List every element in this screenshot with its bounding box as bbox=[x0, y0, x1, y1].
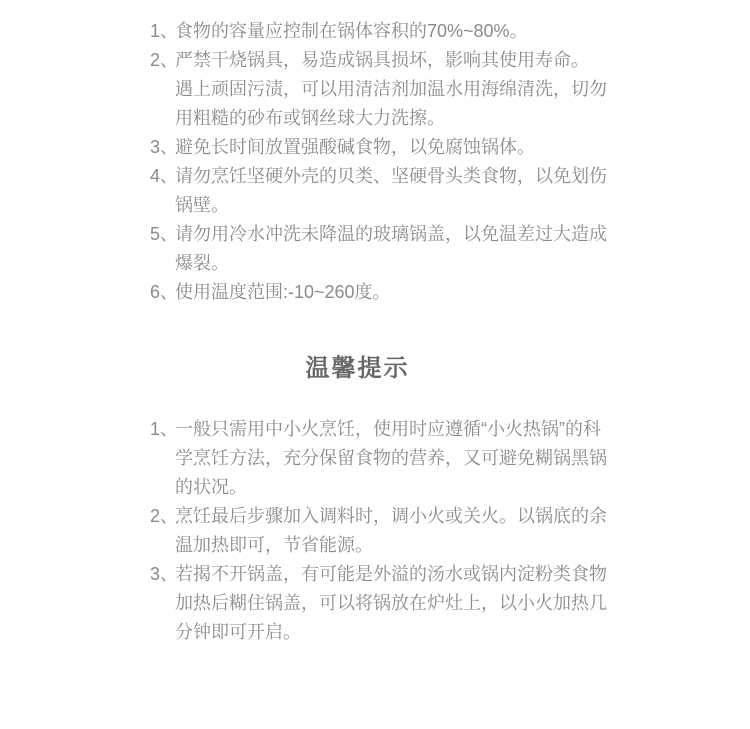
item-text: 使用温度范围:-10~260度。 bbox=[175, 278, 391, 307]
list-item: 1、 一般只需用中小火烹饪，使用时应遵循“小火热锅”的科 学烹饪方法，充分保留食… bbox=[150, 415, 750, 502]
item-text: 严禁干烧锅具，易造成锅具损坏，影响其使用寿命。 遇上顽固污渍，可以用清洁剂加温水… bbox=[175, 46, 607, 133]
list-item: 6、 使用温度范围:-10~260度。 bbox=[150, 278, 750, 307]
list-item: 4、 请勿烹饪坚硬外壳的贝类、坚硬骨头类食物，以免划伤 锅壁。 bbox=[150, 162, 750, 220]
product-instructions-page: 1、 食物的容量应控制在锅体容积的70%~80%。 2、 严禁干烧锅具，易造成锅… bbox=[0, 0, 750, 729]
care-instructions-list: 1、 食物的容量应控制在锅体容积的70%~80%。 2、 严禁干烧锅具，易造成锅… bbox=[150, 17, 750, 307]
item-text: 请勿用冷水冲洗未降温的玻璃锅盖，以免温差过大造成 爆裂。 bbox=[175, 220, 607, 278]
item-text: 食物的容量应控制在锅体容积的70%~80%。 bbox=[175, 17, 528, 46]
item-number: 4、 bbox=[150, 162, 175, 191]
tips-list: 1、 一般只需用中小火烹饪，使用时应遵循“小火热锅”的科 学烹饪方法，充分保留食… bbox=[150, 415, 750, 647]
item-number: 3、 bbox=[150, 133, 175, 162]
list-item: 3、 若揭不开锅盖，有可能是外溢的汤水或锅内淀粉类食物 加热后糊住锅盖，可以将锅… bbox=[150, 560, 750, 647]
item-number: 6、 bbox=[150, 278, 175, 307]
item-number: 1、 bbox=[150, 415, 175, 444]
item-number: 2、 bbox=[150, 502, 175, 531]
tips-heading: 温馨提示 bbox=[150, 352, 565, 385]
item-number: 5、 bbox=[150, 220, 175, 249]
item-text: 若揭不开锅盖，有可能是外溢的汤水或锅内淀粉类食物 加热后糊住锅盖，可以将锅放在炉… bbox=[175, 560, 607, 647]
list-item: 2、 严禁干烧锅具，易造成锅具损坏，影响其使用寿命。 遇上顽固污渍，可以用清洁剂… bbox=[150, 46, 750, 133]
item-text: 烹饪最后步骤加入调料时，调小火或关火。以锅底的余 温加热即可，节省能源。 bbox=[175, 502, 607, 560]
item-number: 1、 bbox=[150, 17, 175, 46]
item-text: 请勿烹饪坚硬外壳的贝类、坚硬骨头类食物，以免划伤 锅壁。 bbox=[175, 162, 607, 220]
list-item: 2、 烹饪最后步骤加入调料时，调小火或关火。以锅底的余 温加热即可，节省能源。 bbox=[150, 502, 750, 560]
item-number: 2、 bbox=[150, 46, 175, 75]
item-number: 3、 bbox=[150, 560, 175, 589]
list-item: 1、 食物的容量应控制在锅体容积的70%~80%。 bbox=[150, 17, 750, 46]
item-text: 避免长时间放置强酸碱食物，以免腐蚀锅体。 bbox=[175, 133, 535, 162]
item-text: 一般只需用中小火烹饪，使用时应遵循“小火热锅”的科 学烹饪方法，充分保留食物的营… bbox=[175, 415, 607, 502]
list-item: 3、 避免长时间放置强酸碱食物，以免腐蚀锅体。 bbox=[150, 133, 750, 162]
list-item: 5、 请勿用冷水冲洗未降温的玻璃锅盖，以免温差过大造成 爆裂。 bbox=[150, 220, 750, 278]
